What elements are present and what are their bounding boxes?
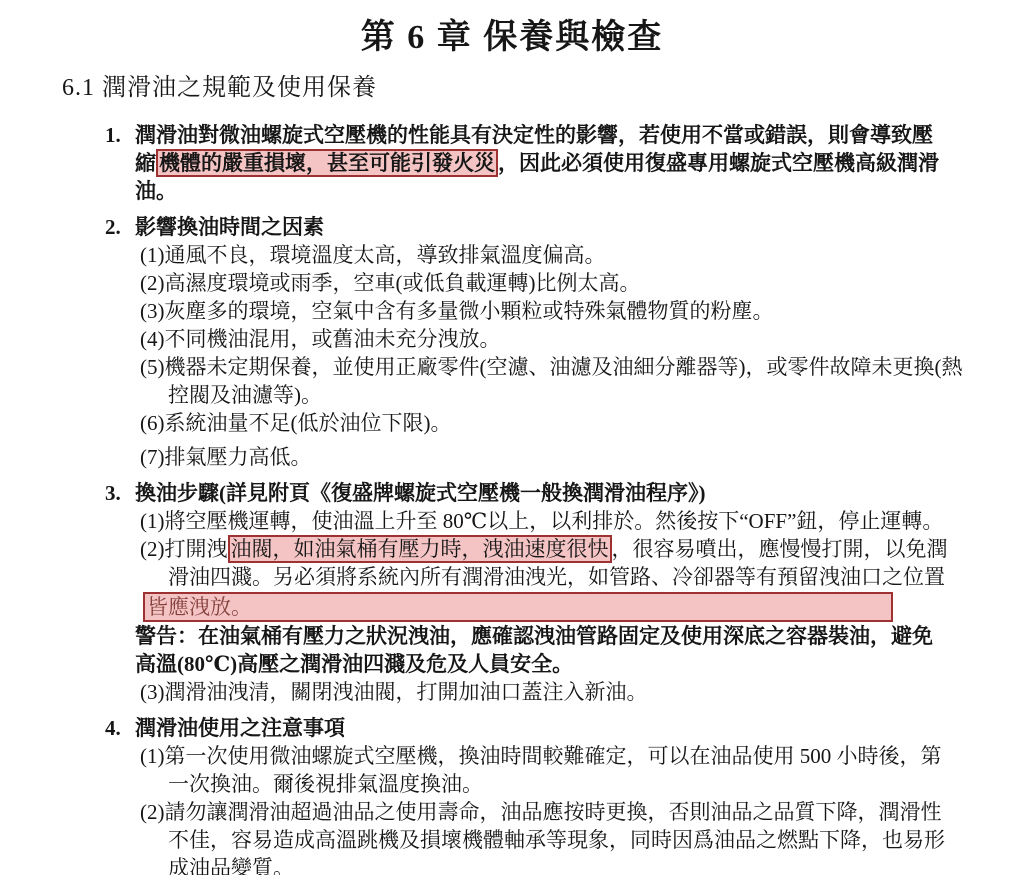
sub-item-continuation: 皆應洩放。	[135, 591, 945, 622]
sub-item: (3)潤滑油洩清，關閉洩油閥，打開加油口蓋注入新油。	[135, 678, 945, 706]
chapter-title: 第 6 章 保養與檢查	[0, 14, 1024, 62]
sub-item-continuation: 一次換油。爾後視排氣溫度換油。	[135, 770, 945, 798]
sub-item: (2)請勿讓潤滑油超過油品之使用壽命，油品應按時更換，否則油品之品質下降，潤滑性	[135, 798, 945, 826]
section-heading: 6.1 潤滑油之規範及使用保養	[62, 72, 1024, 105]
list-item-3: 3. 換油步驟(詳見附頁《復盛牌螺旋式空壓機一般換潤滑油程序》) (1)將空壓機…	[105, 479, 944, 706]
sub-item: (1)第一次使用微油螺旋式空壓機，換油時間較難確定，可以在油品使用 500 小時…	[135, 742, 945, 770]
sub-item-continuation: 控閥及油濾等)。	[135, 381, 945, 409]
text-segment: 縮	[135, 151, 156, 175]
sub-item-continuation: 不佳，容易造成高溫跳機及損壞機體軸承等現象，同時因爲油品之燃點下降，也易形	[135, 826, 945, 854]
sub-item: (1)通風不良，環境溫度太高，導致排氣溫度偏高。	[135, 241, 945, 269]
sub-item: (5)機器未定期保養，並使用正廠零件(空濾、油濾及油細分離器等)，或零件故障未更…	[135, 353, 945, 381]
sub-item: (6)系統油量不足(低於油位下限)。	[135, 409, 945, 437]
item-heading: 換油步驟(詳見附頁《復盛牌螺旋式空壓機一般換潤滑油程序》)	[135, 479, 945, 507]
highlight-box-2: 油閥，如油氣桶有壓力時，洩油速度很快	[228, 535, 612, 563]
warning-paragraph-line: 警告：在油氣桶有壓力之狀況洩油，應確認洩油管路固定及使用深底之容器裝油，避免	[135, 622, 945, 650]
item-number: 3.	[105, 479, 135, 706]
sub-item: (4)不同機油混用，或舊油未充分洩放。	[135, 325, 945, 353]
sub-item-continuation: 成油品變質。	[135, 854, 945, 875]
sub-item: (3)灰塵多的環境，空氣中含有多量微小顆粒或特殊氣體物質的粉塵。	[135, 297, 945, 325]
sub-item: (7)排氣壓力高低。	[135, 443, 945, 471]
item-number: 4.	[105, 714, 135, 875]
item-body: 潤滑油使用之注意事項 (1)第一次使用微油螺旋式空壓機，換油時間較難確定，可以在…	[135, 714, 945, 875]
list-item-4: 4. 潤滑油使用之注意事項 (1)第一次使用微油螺旋式空壓機，換油時間較難確定，…	[105, 714, 944, 875]
numbered-list: 1. 潤滑油對微油螺旋式空壓機的性能具有決定性的影響，若使用不當或錯誤，則會導致…	[105, 121, 944, 875]
paragraph-line: 油。	[135, 177, 944, 205]
text-segment: ，很容易噴出，應慢慢打開，以免潤	[612, 537, 948, 561]
paragraph-line: 潤滑油對微油螺旋式空壓機的性能具有決定性的影響，若使用不當或錯誤，則會導致壓	[135, 121, 944, 149]
item-body: 影響換油時間之因素 (1)通風不良，環境溫度太高，導致排氣溫度偏高。 (2)高濕…	[135, 213, 945, 471]
sub-item: (1)將空壓機運轉，使油溫上升至 80℃以上，以利排於。然後按下“OFF”鈕，停…	[135, 507, 945, 535]
item-body: 潤滑油對微油螺旋式空壓機的性能具有決定性的影響，若使用不當或錯誤，則會導致壓 縮…	[135, 121, 944, 205]
item-number: 2.	[105, 213, 135, 471]
item-body: 換油步驟(詳見附頁《復盛牌螺旋式空壓機一般換潤滑油程序》) (1)將空壓機運轉，…	[135, 479, 945, 706]
sub-item: (2)打開洩油閥，如油氣桶有壓力時，洩油速度很快，很容易噴出，應慢慢打開，以免潤	[135, 535, 945, 563]
text-segment: ，因此必須使用復盛專用螺旋式空壓機高級潤滑	[498, 151, 939, 175]
sub-item-continuation: 滑油四濺。另必須將系統內所有潤滑油洩光，如管路、冷卻器等有預留洩油口之位置	[135, 563, 945, 591]
highlight-box-3: 皆應洩放。	[143, 592, 893, 622]
warning-paragraph-line: 高溫(80℃)高壓之潤滑油四濺及危及人員安全。	[135, 650, 945, 678]
sub-item: (2)高濕度環境或雨季，空車(或低負載運轉)比例太高。	[135, 269, 945, 297]
document-page: 第 6 章 保養與檢查 6.1 潤滑油之規範及使用保養 1. 潤滑油對微油螺旋式…	[0, 0, 1024, 875]
highlight-box-1: 機體的嚴重損壞，甚至可能引發火災	[156, 149, 498, 177]
item-heading: 潤滑油使用之注意事項	[135, 714, 945, 742]
list-item-1: 1. 潤滑油對微油螺旋式空壓機的性能具有決定性的影響，若使用不當或錯誤，則會導致…	[105, 121, 944, 205]
item-number: 1.	[105, 121, 135, 205]
text-segment: (2)打開洩	[140, 537, 228, 561]
list-item-2: 2. 影響換油時間之因素 (1)通風不良，環境溫度太高，導致排氣溫度偏高。 (2…	[105, 213, 944, 471]
paragraph-line: 縮機體的嚴重損壞，甚至可能引發火災，因此必須使用復盛專用螺旋式空壓機高級潤滑	[135, 149, 944, 177]
item-heading: 影響換油時間之因素	[135, 213, 945, 241]
